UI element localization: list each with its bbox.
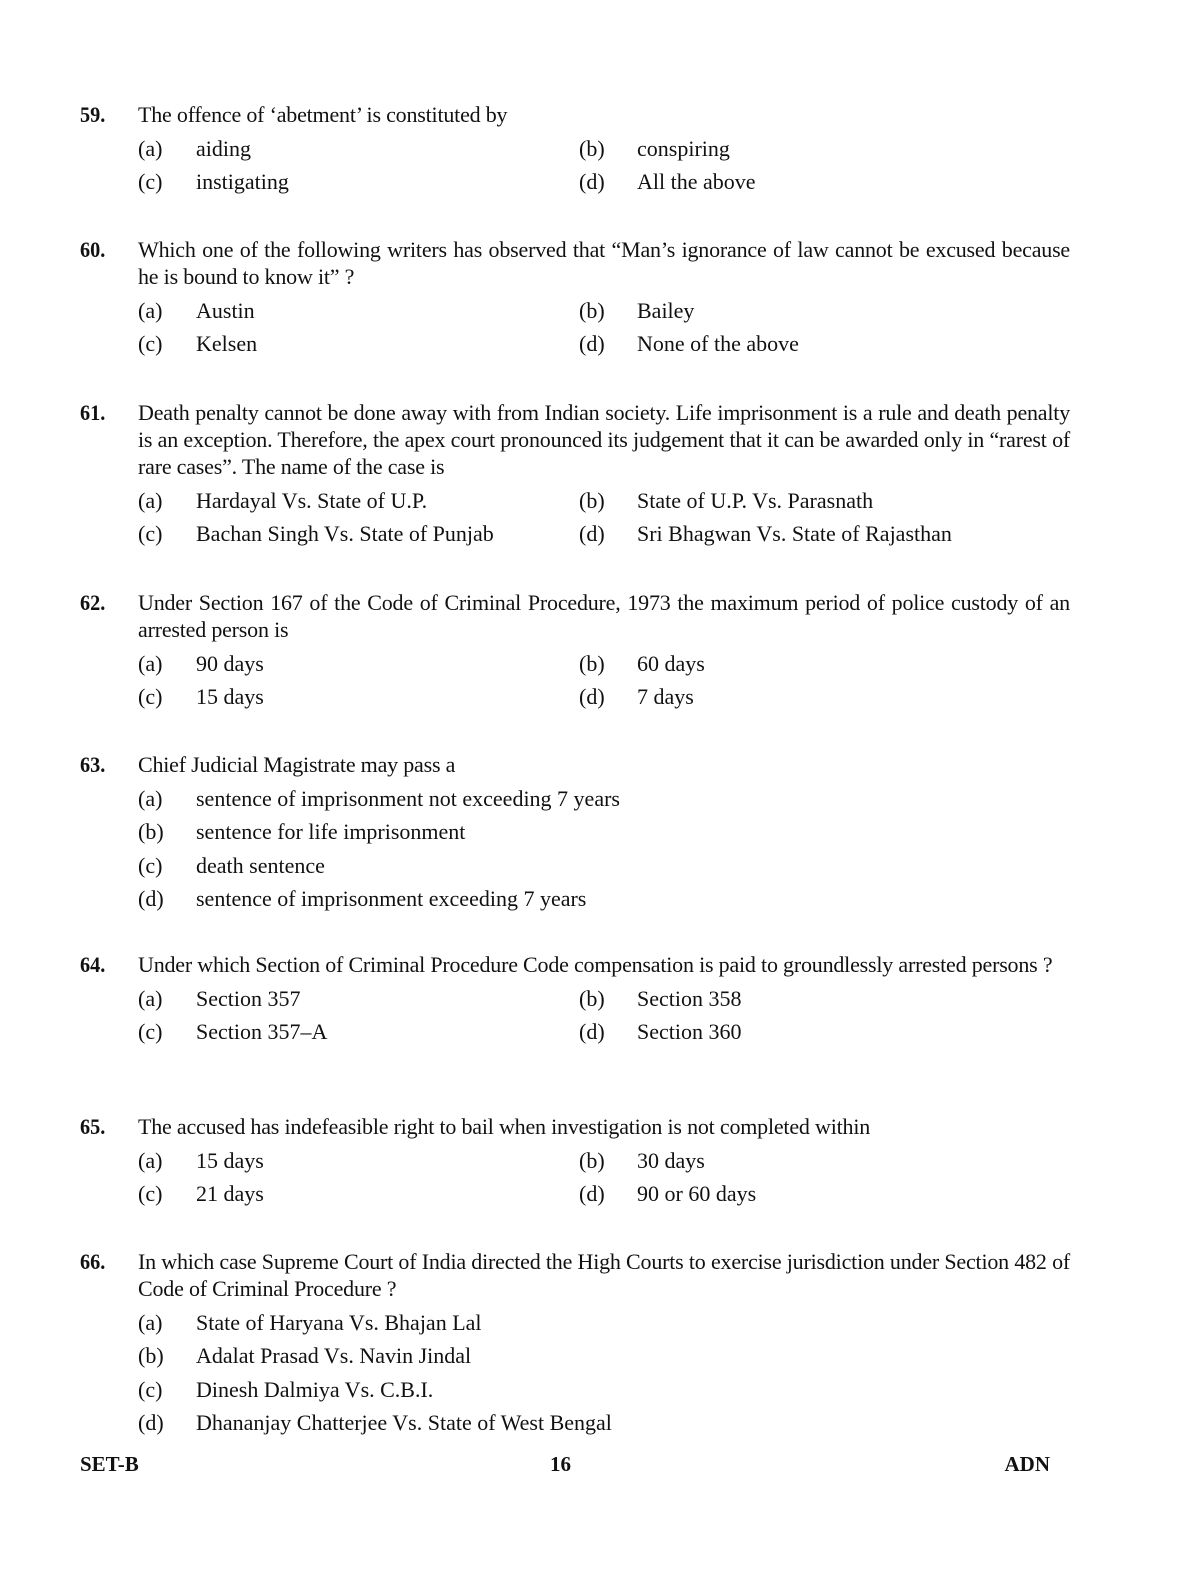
option-text: sentence of imprisonment exceeding 7 yea… <box>196 886 586 912</box>
options: (a)aiding (b)conspiring (c)instigating (… <box>138 132 1070 199</box>
options: (a)Section 357 (b)Section 358 (c)Section… <box>138 982 1070 1049</box>
question-62: 62. Under Section 167 of the Code of Cri… <box>80 589 1070 714</box>
set-label: SET-B <box>80 1452 139 1477</box>
option-c[interactable]: (c)Section 357–A <box>138 1019 579 1045</box>
option-a[interactable]: (a)State of Haryana Vs. Bhajan Lal <box>138 1310 482 1336</box>
question-text: Chief Judicial Magistrate may pass a <box>138 751 1070 778</box>
option-label: (a) <box>138 1148 196 1174</box>
options: (a)sentence of imprisonment not exceedin… <box>138 782 1070 916</box>
option-label: (b) <box>579 488 637 514</box>
option-text: Dhananjay Chatterjee Vs. State of West B… <box>196 1410 612 1436</box>
question-number: 66. <box>80 1248 133 1275</box>
option-text: aiding <box>196 136 251 162</box>
question-number: 63. <box>80 751 133 778</box>
option-a[interactable]: (a)Austin <box>138 298 579 324</box>
question-60: 60. Which one of the following writers h… <box>80 236 1070 361</box>
option-c[interactable]: (c)15 days <box>138 684 579 710</box>
option-d[interactable]: (d)None of the above <box>579 331 1020 357</box>
option-text: Section 357–A <box>196 1019 327 1045</box>
question-text: Which one of the following writers has o… <box>138 236 1070 290</box>
question-text: The offence of ‘abetment’ is constituted… <box>138 101 1070 128</box>
question-number: 59. <box>80 101 133 128</box>
option-d[interactable]: (d)All the above <box>579 169 1020 195</box>
option-b[interactable]: (b)conspiring <box>579 136 1020 162</box>
option-label: (b) <box>138 819 196 845</box>
option-d[interactable]: (d)90 or 60 days <box>579 1181 1020 1207</box>
option-text: Austin <box>196 298 255 324</box>
option-label: (d) <box>138 1410 196 1436</box>
options: (a)15 days (b)30 days (c)21 days (d)90 o… <box>138 1144 1070 1211</box>
option-c[interactable]: (c)Bachan Singh Vs. State of Punjab <box>138 521 579 547</box>
question-59: 59. The offence of ‘abetment’ is constit… <box>80 101 1070 199</box>
option-label: (c) <box>138 853 196 879</box>
page-number: 16 <box>550 1452 571 1477</box>
question-text: The accused has indefeasible right to ba… <box>138 1113 1070 1140</box>
option-text: 90 or 60 days <box>637 1181 756 1207</box>
question-text: In which case Supreme Court of India dir… <box>138 1248 1070 1302</box>
option-text: Bachan Singh Vs. State of Punjab <box>196 521 494 547</box>
option-b[interactable]: (b)Adalat Prasad Vs. Navin Jindal <box>138 1343 471 1369</box>
option-b[interactable]: (b)60 days <box>579 651 1020 677</box>
option-text: sentence for life imprisonment <box>196 819 465 845</box>
option-label: (a) <box>138 488 196 514</box>
option-text: 15 days <box>196 1148 264 1174</box>
option-label: (d) <box>579 1181 637 1207</box>
option-label: (c) <box>138 331 196 357</box>
option-d[interactable]: (d)sentence of imprisonment exceeding 7 … <box>138 886 586 912</box>
option-text: All the above <box>637 169 756 195</box>
option-label: (d) <box>579 684 637 710</box>
options: (a)90 days (b)60 days (c)15 days (d)7 da… <box>138 647 1070 714</box>
option-label: (b) <box>138 1343 196 1369</box>
question-number: 65. <box>80 1113 133 1140</box>
option-text: Sri Bhagwan Vs. State of Rajasthan <box>637 521 952 547</box>
option-text: Section 358 <box>637 986 742 1012</box>
options: (a)Hardayal Vs. State of U.P. (b)State o… <box>138 484 1070 551</box>
question-number: 61. <box>80 399 133 426</box>
option-b[interactable]: (b)30 days <box>579 1148 1020 1174</box>
option-d[interactable]: (d)Sri Bhagwan Vs. State of Rajasthan <box>579 521 1020 547</box>
option-label: (c) <box>138 684 196 710</box>
option-text: Section 357 <box>196 986 301 1012</box>
option-label: (b) <box>579 136 637 162</box>
option-label: (b) <box>579 1148 637 1174</box>
question-text: Under Section 167 of the Code of Crimina… <box>138 589 1070 643</box>
option-text: Dinesh Dalmiya Vs. C.B.I. <box>196 1377 433 1403</box>
option-text: instigating <box>196 169 289 195</box>
option-c[interactable]: (c)instigating <box>138 169 579 195</box>
question-number: 60. <box>80 236 133 263</box>
page-footer: SET-B 16 ADN <box>80 1452 1050 1482</box>
option-d[interactable]: (d)7 days <box>579 684 1020 710</box>
option-a[interactable]: (a)15 days <box>138 1148 579 1174</box>
option-a[interactable]: (a)90 days <box>138 651 579 677</box>
option-label: (c) <box>138 521 196 547</box>
option-text: 21 days <box>196 1181 264 1207</box>
question-number: 62. <box>80 589 133 616</box>
option-a[interactable]: (a)Section 357 <box>138 986 579 1012</box>
option-b[interactable]: (b)Bailey <box>579 298 1020 324</box>
option-label: (b) <box>579 651 637 677</box>
option-text: State of U.P. Vs. Parasnath <box>637 488 873 514</box>
option-text: death sentence <box>196 853 325 879</box>
option-text: None of the above <box>637 331 799 357</box>
option-label: (b) <box>579 298 637 324</box>
option-label: (d) <box>579 1019 637 1045</box>
option-label: (a) <box>138 298 196 324</box>
question-65: 65. The accused has indefeasible right t… <box>80 1113 1070 1211</box>
option-label: (d) <box>579 331 637 357</box>
option-label: (c) <box>138 1019 196 1045</box>
option-label: (a) <box>138 136 196 162</box>
option-label: (c) <box>138 1377 196 1403</box>
option-text: 60 days <box>637 651 705 677</box>
option-text: 15 days <box>196 684 264 710</box>
option-text: State of Haryana Vs. Bhajan Lal <box>196 1310 482 1336</box>
option-label: (a) <box>138 1310 196 1336</box>
option-text: conspiring <box>637 136 730 162</box>
paper-code: ADN <box>1005 1452 1051 1477</box>
question-64: 64. Under which Section of Criminal Proc… <box>80 951 1070 1049</box>
option-text: Kelsen <box>196 331 257 357</box>
question-63: 63. Chief Judicial Magistrate may pass a… <box>80 751 1070 916</box>
options: (a)Austin (b)Bailey (c)Kelsen (d)None of… <box>138 294 1070 361</box>
exam-page: 59. The offence of ‘abetment’ is constit… <box>0 0 1184 1581</box>
question-text: Death penalty cannot be done away with f… <box>138 399 1070 480</box>
option-a[interactable]: (a)aiding <box>138 136 579 162</box>
option-c[interactable]: (c)Kelsen <box>138 331 579 357</box>
option-b[interactable]: (b)Section 358 <box>579 986 1020 1012</box>
option-a[interactable]: (a)Hardayal Vs. State of U.P. <box>138 488 579 514</box>
option-text: Hardayal Vs. State of U.P. <box>196 488 427 514</box>
option-text: 7 days <box>637 684 694 710</box>
question-number: 64. <box>80 951 133 978</box>
question-text: Under which Section of Criminal Procedur… <box>138 951 1070 978</box>
option-b[interactable]: (b)State of U.P. Vs. Parasnath <box>579 488 1020 514</box>
option-text: Bailey <box>637 298 694 324</box>
option-label: (a) <box>138 786 196 812</box>
option-label: (a) <box>138 986 196 1012</box>
option-text: Adalat Prasad Vs. Navin Jindal <box>196 1343 471 1369</box>
option-label: (d) <box>579 521 637 547</box>
option-b[interactable]: (b)sentence for life imprisonment <box>138 819 465 845</box>
options: (a)State of Haryana Vs. Bhajan Lal (b)Ad… <box>138 1306 1070 1440</box>
option-d[interactable]: (d)Section 360 <box>579 1019 1020 1045</box>
option-text: 90 days <box>196 651 264 677</box>
option-c[interactable]: (c)Dinesh Dalmiya Vs. C.B.I. <box>138 1377 433 1403</box>
option-label: (b) <box>579 986 637 1012</box>
question-61: 61. Death penalty cannot be done away wi… <box>80 399 1070 551</box>
option-label: (c) <box>138 1181 196 1207</box>
option-text: Section 360 <box>637 1019 742 1045</box>
question-66: 66. In which case Supreme Court of India… <box>80 1248 1070 1440</box>
option-c[interactable]: (c)21 days <box>138 1181 579 1207</box>
option-label: (a) <box>138 651 196 677</box>
option-label: (c) <box>138 169 196 195</box>
option-label: (d) <box>138 886 196 912</box>
option-a[interactable]: (a)sentence of imprisonment not exceedin… <box>138 786 620 812</box>
option-text: sentence of imprisonment not exceeding 7… <box>196 786 620 812</box>
option-label: (d) <box>579 169 637 195</box>
option-text: 30 days <box>637 1148 705 1174</box>
option-d[interactable]: (d)Dhananjay Chatterjee Vs. State of Wes… <box>138 1410 612 1436</box>
option-c[interactable]: (c)death sentence <box>138 853 325 879</box>
